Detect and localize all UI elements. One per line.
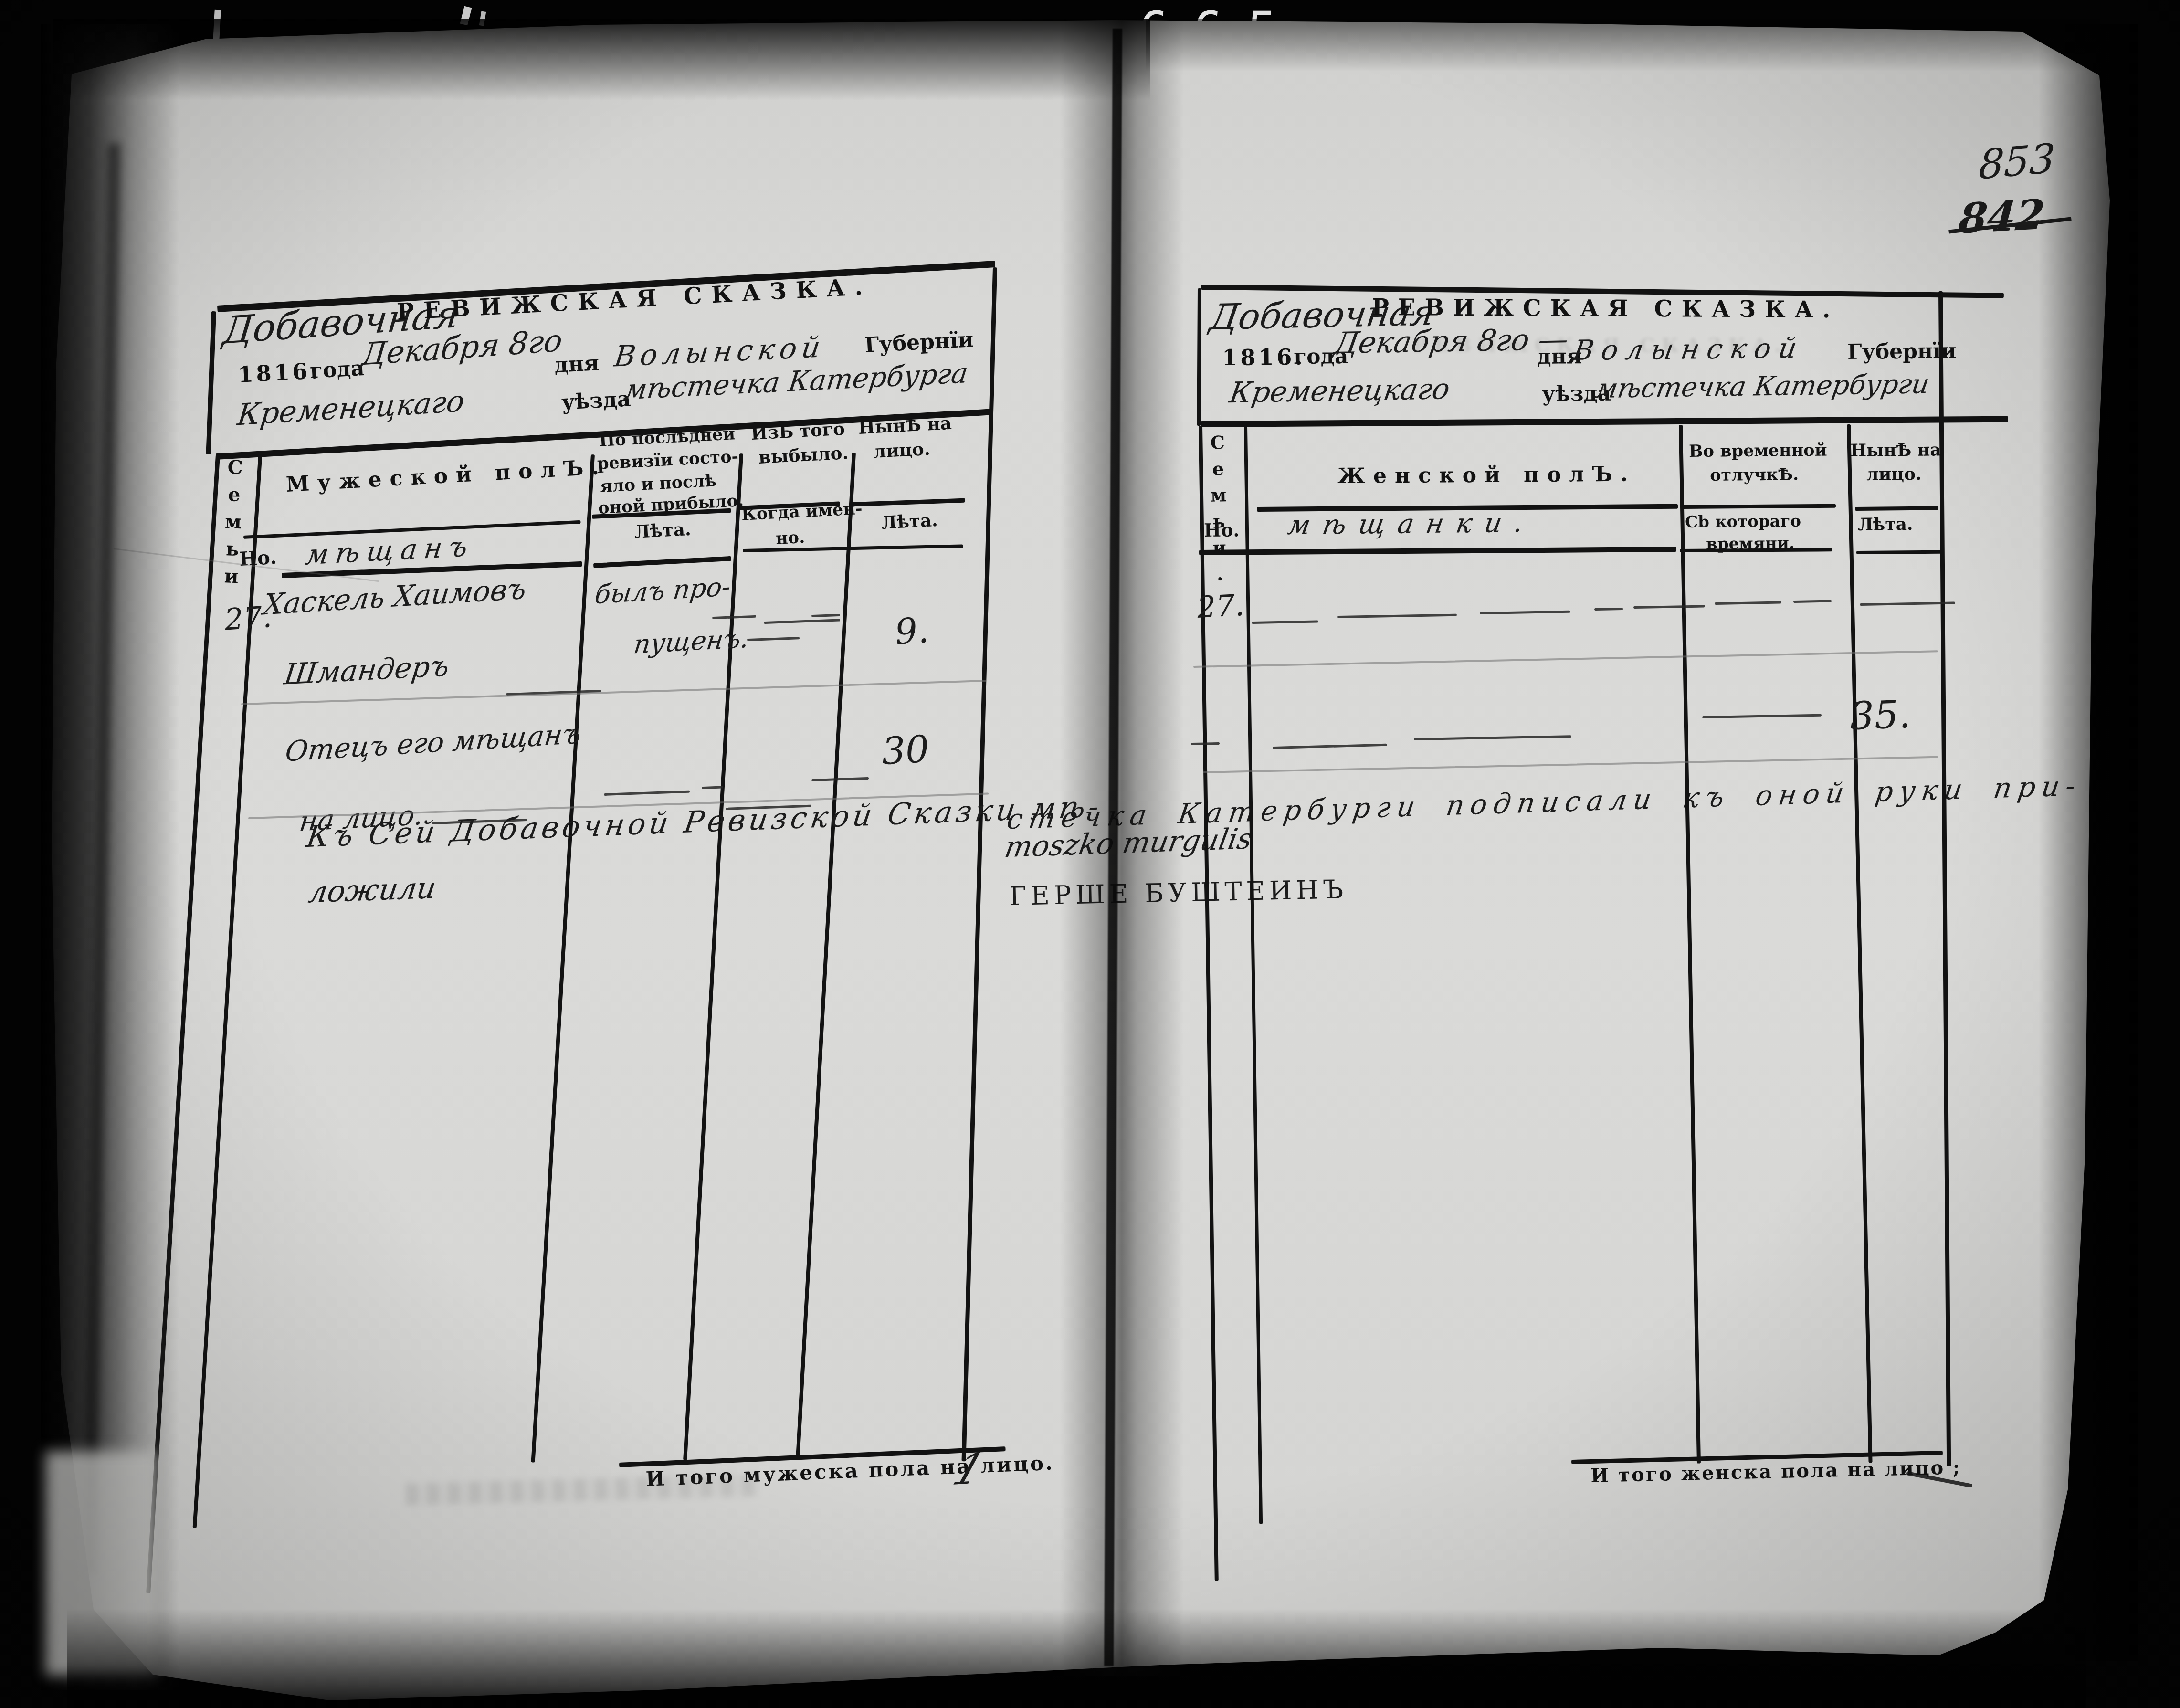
col-absence-l2: отлучкѢ.	[1710, 464, 1799, 485]
col-absence-sub1: Сb котораго	[1685, 512, 1801, 532]
page-number-crossed: 842	[1957, 190, 2046, 243]
col-out-sub1: Когда имен-	[741, 499, 863, 525]
rule-subheader	[593, 556, 731, 568]
ditto-dash	[1480, 611, 1570, 614]
province-word: Губернїи	[864, 327, 974, 358]
col-present-l2: лицо.	[1866, 464, 1922, 485]
ditto-dash	[811, 777, 869, 781]
col-males-hw: мѣщанъ	[304, 530, 476, 571]
ditto-dash	[1414, 735, 1571, 740]
rule-col	[146, 454, 220, 1593]
col-out-l2: выбыло.	[758, 442, 849, 468]
col-absence-sub2: времяни.	[1706, 534, 1795, 554]
rule-subheader	[851, 498, 965, 506]
col-present-l2: лицо.	[873, 438, 931, 462]
rule-col	[1847, 424, 1873, 1463]
paper-sheet: Добавочная РЕВИЖСКАЯ СКАЗКА. 1816. года …	[0, 0, 2180, 1708]
film-speck	[213, 10, 221, 42]
ditto-dash	[1594, 608, 1623, 611]
province-hw: Волынской	[1571, 332, 1807, 367]
page-number: 853	[1978, 135, 2056, 189]
place-hw: мѣстечка Катербурги	[1593, 369, 1931, 404]
attestation-line3: ложили	[306, 870, 439, 910]
ditto-dash	[1337, 614, 1457, 618]
year-word: года	[309, 356, 365, 383]
col-out-l1: ИзЬ того	[750, 418, 845, 444]
film-speck	[479, 11, 486, 26]
col-revision-l1: По послѣдней	[599, 424, 736, 451]
ditto-dash	[1633, 605, 1705, 609]
rule-table-top-right	[1201, 416, 2008, 427]
row-name-line1: Хаскель Хаимовъ	[262, 572, 528, 622]
pencil-row-line	[1203, 756, 1938, 773]
year-printed: 1816.	[237, 358, 322, 388]
ditto-dash	[1702, 714, 1822, 718]
rule-col	[1938, 291, 1951, 1466]
col-present-l1: НынѢ на	[1850, 440, 1941, 461]
col-out-sub2: но.	[775, 527, 805, 548]
col-revision-l2: ревизїи состо-	[597, 446, 739, 473]
col-absence-l1: Во временной	[1689, 440, 1827, 461]
district-word: уѣзда	[561, 387, 632, 415]
col-family-header: Семьи	[220, 456, 247, 592]
ditto-dash	[811, 614, 840, 617]
col-revision-sub: Лѣта.	[634, 518, 692, 542]
date-hw: Декабря 8го —	[1332, 321, 1571, 360]
ditto-dash	[747, 637, 800, 641]
row-no: 27.	[1196, 588, 1245, 625]
col-present-sub: Лѣта.	[881, 509, 938, 533]
rule-header-left-border	[206, 311, 216, 454]
signature-cyrillic: ГЕРШЕ БУШТЕИНЪ	[1009, 874, 1348, 911]
ditto-dash	[1273, 744, 1387, 749]
rule-subheader	[1855, 506, 1938, 511]
scanned-book-spread: 665 Добавочная РЕВИЖСКАЯ СКАЗКА. 1816. г…	[0, 0, 2180, 1708]
rule-col	[683, 453, 743, 1460]
pencil-row-line	[1193, 650, 1938, 668]
col-family-header: Семьи.	[1207, 432, 1231, 590]
ditto-dash	[1252, 621, 1318, 624]
row-note-line2: пущенъ.	[632, 623, 750, 659]
rule-subheader	[1199, 547, 1676, 555]
col-present-sub: Лѣта.	[1858, 514, 1913, 535]
row-name-line1: Отецъ его мѣщанъ	[284, 717, 583, 768]
row-name-line2: Шмандеръ	[282, 649, 451, 692]
row-age: 30	[881, 728, 930, 773]
ditto-dash	[1191, 742, 1220, 745]
ditto-dash	[604, 791, 690, 796]
row-age: 35.	[1849, 692, 1911, 738]
rule-col	[1244, 426, 1263, 1524]
col-present-l1: НынѢ на	[858, 412, 952, 438]
row-note-line1: былъ про-	[593, 571, 732, 610]
rule-col	[531, 454, 595, 1463]
district-hw: Кременецкаго	[236, 383, 466, 432]
col-family-no: Но.	[1204, 519, 1240, 541]
district-hw: Кременецкаго	[1227, 372, 1453, 410]
col-females-header: Женской полЪ.	[1337, 462, 1636, 488]
rule-header-left-border	[1197, 288, 1201, 426]
rule-col	[796, 453, 856, 1459]
film-speck	[460, 6, 472, 26]
ditto-dash	[764, 619, 840, 624]
col-males-header: Мужеской полЪ.	[285, 454, 608, 496]
ditto-dash	[1793, 600, 1832, 603]
col-females-hw: мѣщанки.	[1285, 507, 1538, 541]
page-title: РЕВИЖСКАЯ СКАЗКА.	[1372, 294, 1840, 323]
ditto-dash	[1715, 601, 1781, 605]
ditto-dash	[702, 786, 723, 789]
year-printed: 1816.	[1222, 344, 1306, 370]
rule-col	[1679, 425, 1701, 1464]
rule-subheader	[1682, 504, 1836, 509]
rule-col	[962, 267, 997, 1461]
day-word: дня	[554, 351, 600, 378]
rule-subheader	[1856, 550, 1941, 554]
row-age: 9.	[894, 610, 930, 653]
ditto-dash	[712, 615, 756, 619]
